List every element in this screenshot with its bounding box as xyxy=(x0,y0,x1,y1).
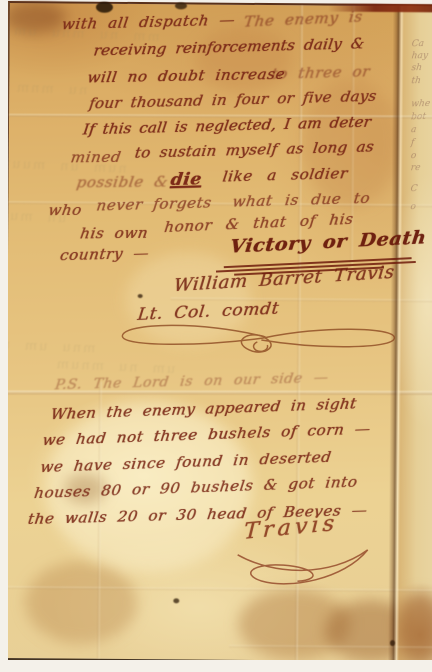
adjacent-page-fragment: hay xyxy=(411,51,428,61)
stain xyxy=(25,561,138,644)
signature-rubric xyxy=(107,316,403,364)
bleedthrough-line: mnu um num mu xyxy=(0,335,97,357)
handwriting-line: The enemy is xyxy=(243,8,364,31)
handwriting-line: like a soldier xyxy=(221,164,348,185)
handwriting-line: who xyxy=(47,201,83,219)
adjacent-page-fragment: f xyxy=(410,138,414,148)
ink-speck xyxy=(175,2,187,9)
adjacent-page-fragment: th xyxy=(411,76,422,86)
bleedthrough-line: nu mnm um mu xyxy=(0,77,89,98)
handwriting-line: die xyxy=(169,169,203,190)
adjacent-page-fragment: whe xyxy=(411,99,431,109)
ink-speck xyxy=(96,2,113,13)
ink-speck xyxy=(390,640,395,646)
handwriting-line: with all dispatch — xyxy=(61,11,237,34)
ink-speck xyxy=(173,598,179,603)
scanned-letter: CahayshthwhebotaforeCo mm nu mnu umnu mn… xyxy=(0,0,432,672)
handwriting-line: possible & xyxy=(75,173,169,192)
adjacent-page-fragment: C xyxy=(410,184,418,194)
adjacent-page-fragment: Ca xyxy=(411,39,424,49)
adjacent-page-fragment: o xyxy=(410,151,417,161)
handwriting-line: mined xyxy=(69,148,122,166)
stain xyxy=(397,592,432,664)
adjacent-page-fragment: a xyxy=(410,125,417,135)
adjacent-page-fragment: re xyxy=(410,163,421,173)
adjacent-page-fragment: sh xyxy=(411,63,423,73)
handwriting-line: never forgets xyxy=(95,194,213,215)
handwriting-line: to three or xyxy=(270,62,371,83)
handwriting-line: country — xyxy=(59,244,150,264)
handwriting-line: his own xyxy=(79,224,150,243)
travis-flourish xyxy=(231,545,393,590)
scan-margin-left xyxy=(0,0,8,672)
handwriting-line: will no doubt increase xyxy=(86,65,286,87)
scan-margin-bottom xyxy=(0,660,432,672)
letter-page: CahayshthwhebotaforeCo mm nu mnu umnu mn… xyxy=(3,1,432,664)
handwriting-line: what is due to xyxy=(231,189,371,211)
ink-speck xyxy=(138,294,143,298)
